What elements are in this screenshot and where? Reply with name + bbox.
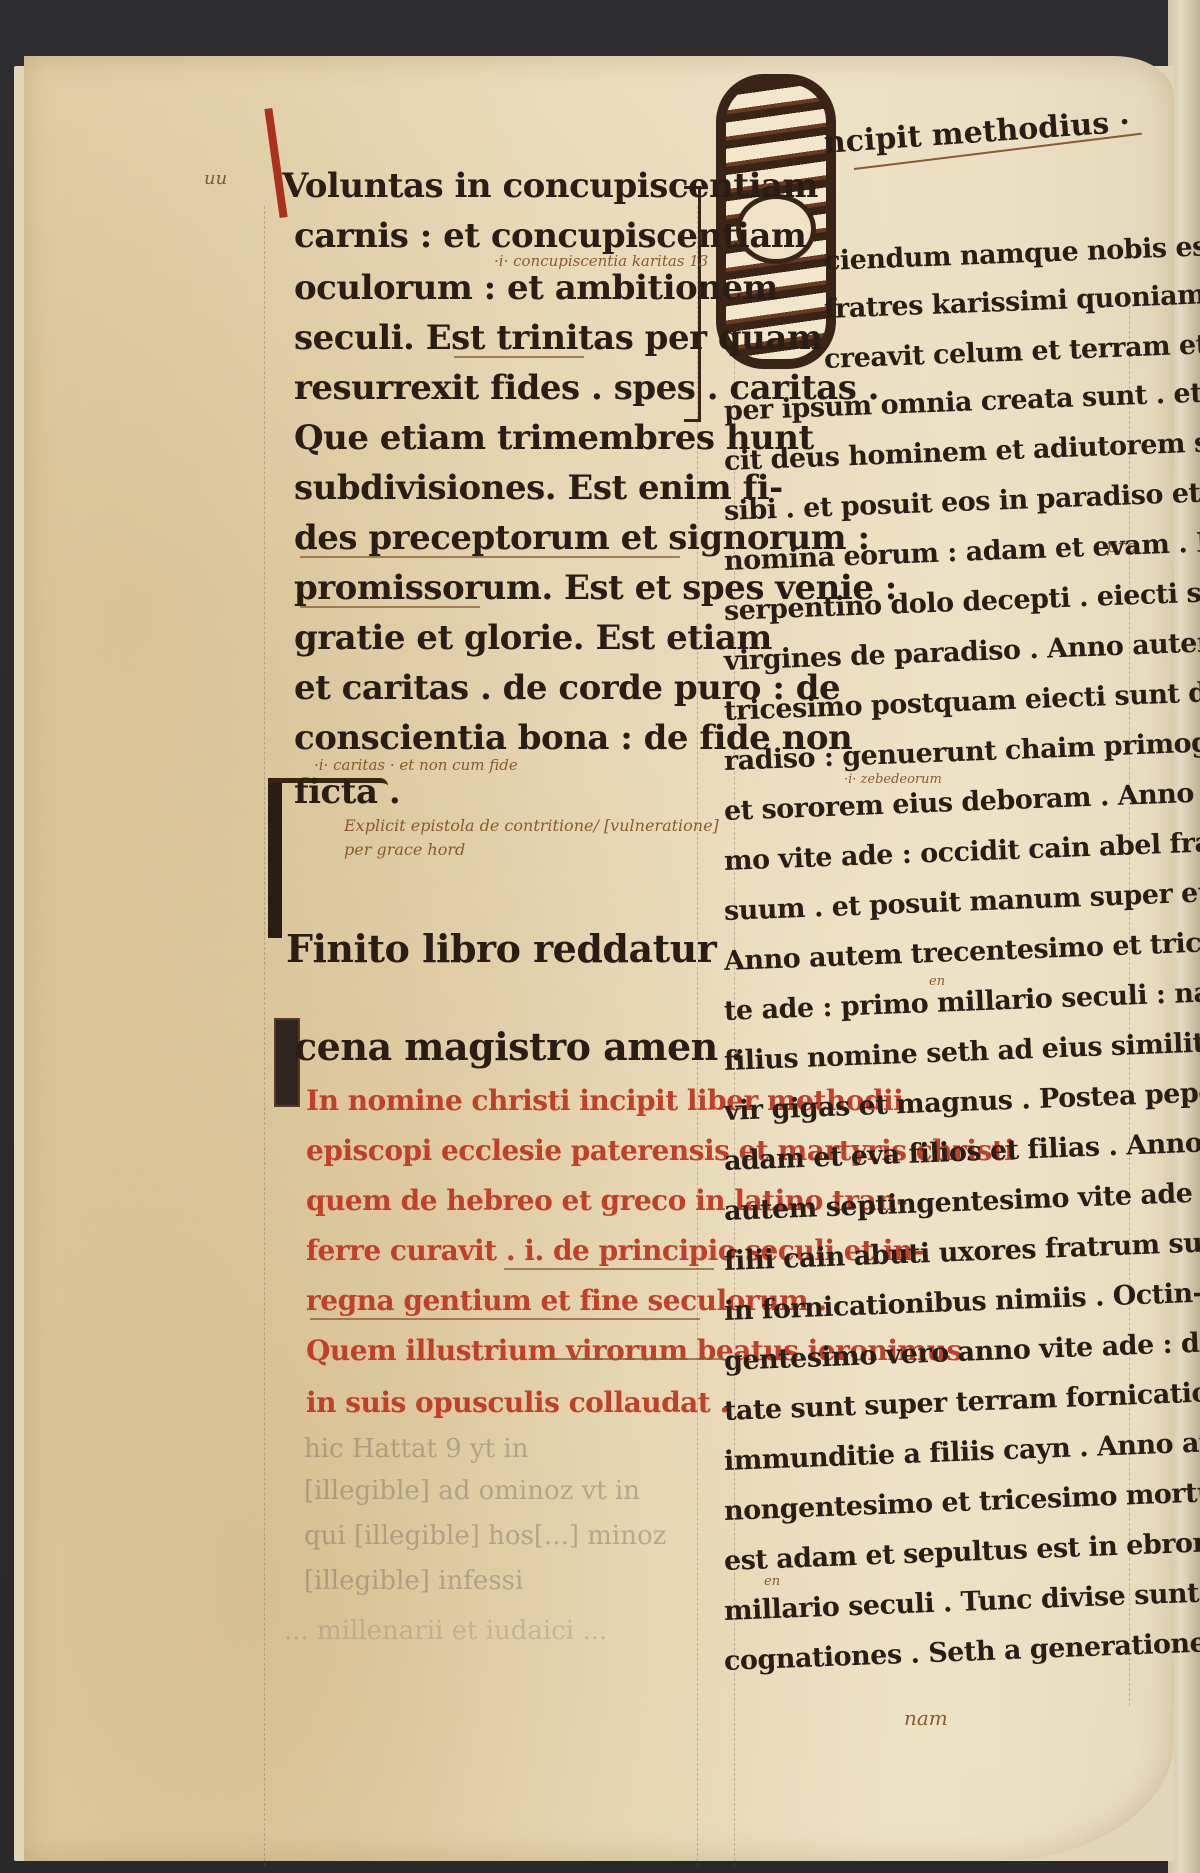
text-line: ficta . [294,772,400,812]
text-line: creavit celum et terram et [823,329,1200,375]
text-line: fratres karissimi quoniam in principio d… [823,270,1200,325]
reader-underline [300,556,680,558]
reader-underline [544,1358,724,1360]
explicit-note: Explicit epistola de contritione/ [vulne… [344,816,719,835]
text-line: seculi. Est trinitas per quam [294,318,822,358]
text-line: gratie et glorie. Est etiam [294,618,772,658]
ruling-line [264,206,265,1866]
reader-underline [300,606,480,608]
colophon-line: Finito libro reddatur [286,926,716,971]
faded-pencil-note: [illegible] ad ominoz vt in [304,1476,640,1506]
faded-pencil-note: hic Hattat 9 yt in [304,1434,528,1464]
reader-underline [504,1268,714,1270]
interlinear-gloss: ·i· zebedeorum [844,772,942,787]
catchword: nam [904,1706,948,1730]
faded-pencil-note: [illegible] infessi [304,1566,523,1596]
reader-underline [454,356,584,358]
margin-note: uu [204,168,227,189]
text-line: Voluntas in concupiscentiam [282,166,818,206]
superscript-gloss: en [764,1574,780,1589]
rubric-line: in suis opusculis collaudat . [306,1386,729,1419]
bleed-through-text: ... millenarii et iudaici ... [284,1616,607,1646]
manuscript-page: ncipit methodius · uu pro Voluntas in co… [24,56,1174,1861]
text-line: ciendum namque nobis est [823,231,1200,277]
colophon-line: cena magistro amen . [294,1024,743,1069]
reader-underline [310,1318,700,1320]
text-line: oculorum : et ambitionem [294,268,778,308]
initial-F-stem [268,778,282,938]
explicit-note: per grace hord [344,840,465,859]
text-line: subdivisiones. Est enim fi- [294,468,783,508]
text-line: carnis : et concupiscentiam [294,216,806,256]
faded-pencil-note: qui [illegible] hos[...] minoz [304,1521,666,1551]
